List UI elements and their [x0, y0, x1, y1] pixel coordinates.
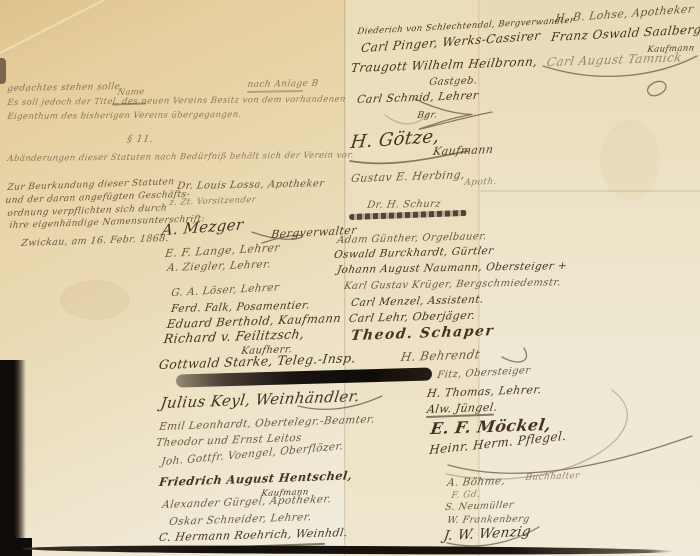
signature-note: Bgr. — [417, 110, 439, 121]
signature-note: Buchhalter — [525, 471, 581, 483]
paper-stain — [60, 280, 130, 320]
body-line: Eigenthum des bisherigen Vereins übergeg… — [7, 110, 243, 122]
signature-line: A. Böhme, — [446, 475, 506, 489]
section-mark: § 11. — [126, 134, 154, 145]
signature-note: Apoth. — [464, 177, 498, 188]
body-line: gedachtes stehen solle. — [7, 82, 124, 94]
signature-line: F. Gd. — [451, 489, 481, 501]
paper-stain — [600, 120, 660, 200]
scanned-document: gedachtes stehen solle. nach Anlage B Na… — [0, 0, 700, 556]
scan-edge-notch — [0, 58, 6, 84]
signature-line: Dr. H. Schurz — [366, 199, 441, 211]
marginal-note: nach Anlage B — [247, 79, 319, 90]
fold-line-horizontal — [480, 190, 700, 192]
signature-note: Gastgeb. — [428, 75, 478, 88]
signature-line: H. Behrendt — [400, 347, 481, 364]
signature-note: Kaufmann — [432, 143, 494, 158]
scan-edge-left — [0, 360, 26, 556]
